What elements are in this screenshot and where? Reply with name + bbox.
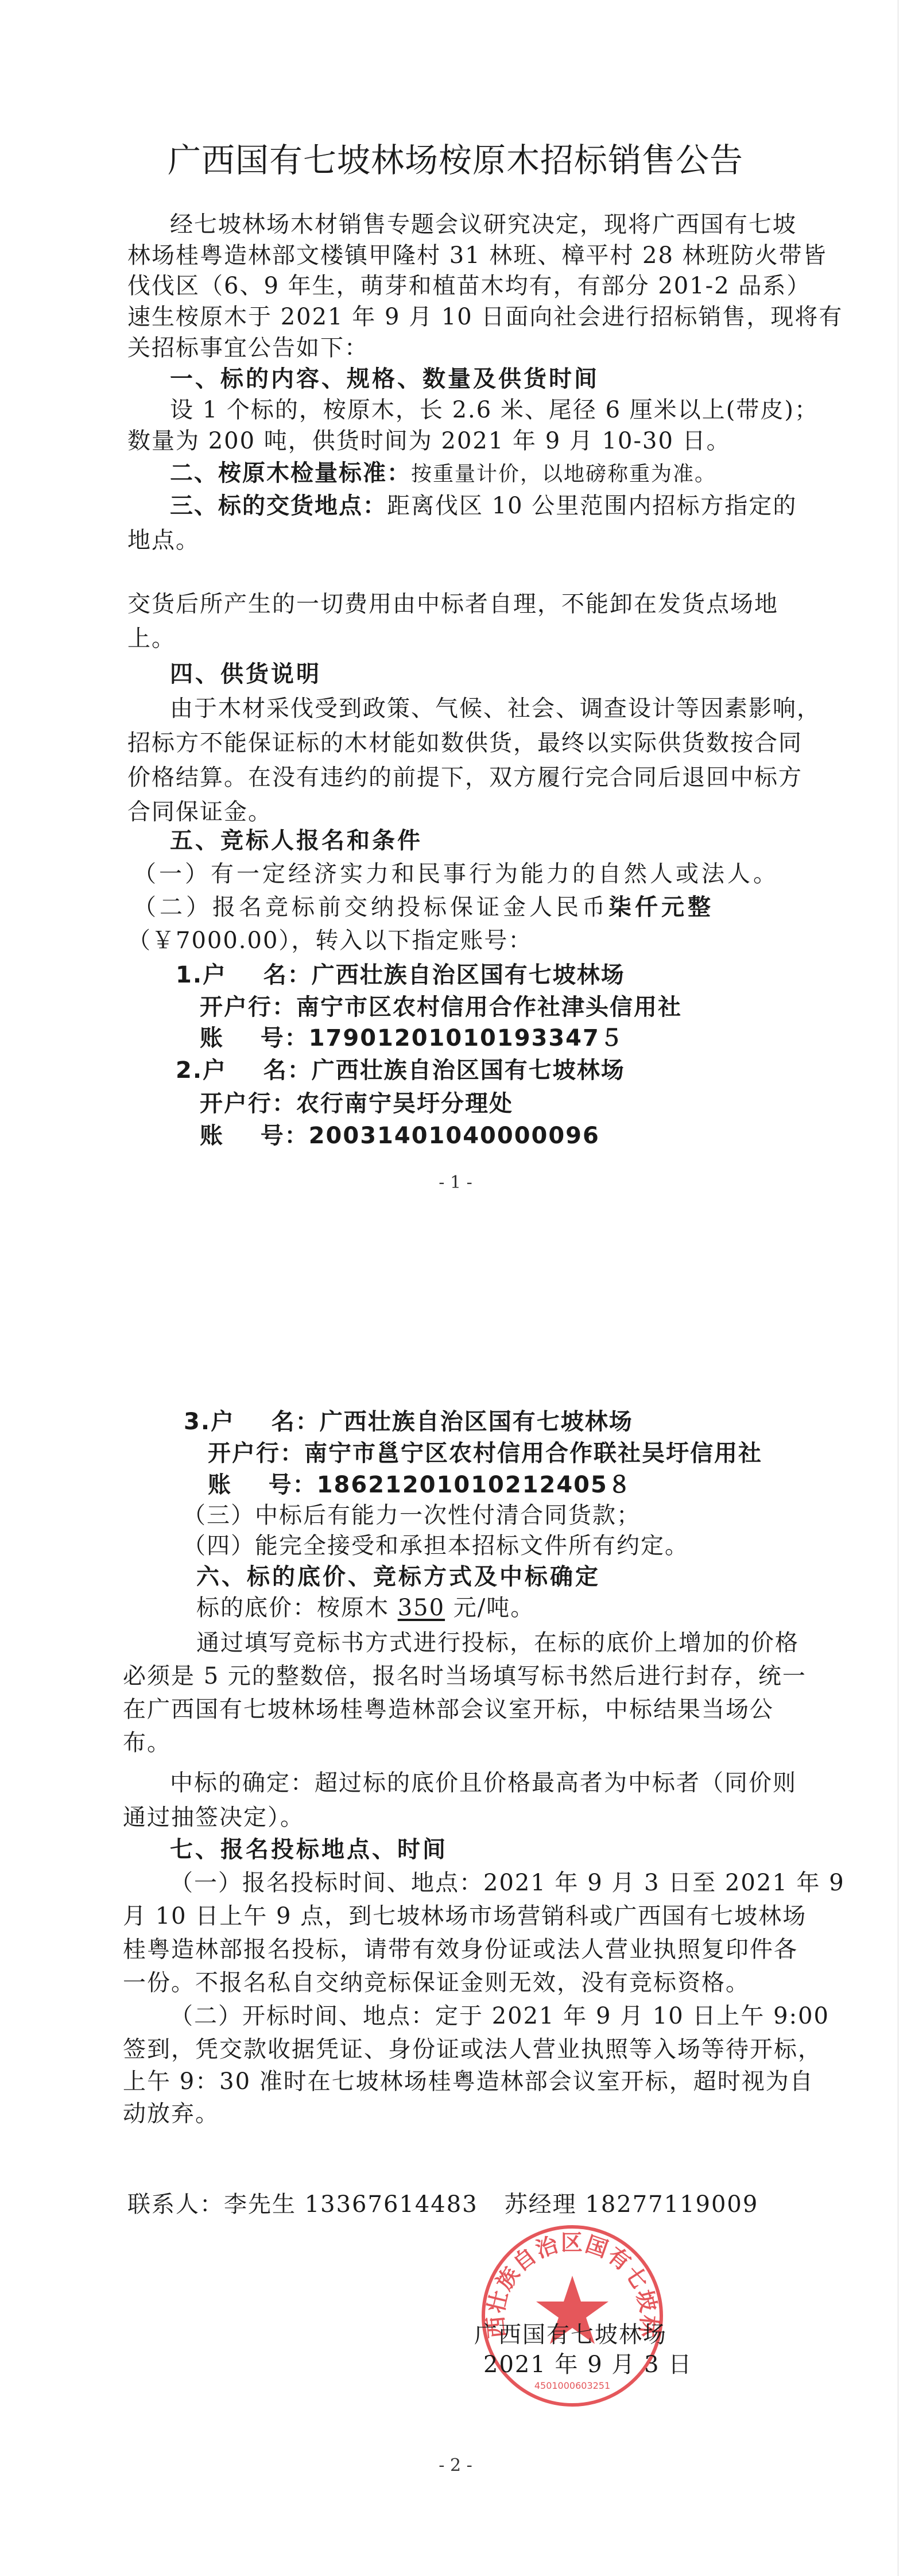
contacts: 联系人：李先生 13367614483苏经理 18277119009 bbox=[127, 2190, 758, 2219]
section-3-cont: 地点。 bbox=[127, 525, 200, 555]
account-name-label: 户 名： bbox=[203, 962, 312, 988]
section-2: 二、桉原木检量标准：按重量计价，以地磅称重为准。 bbox=[170, 458, 716, 489]
account-number-label: 3. bbox=[184, 1409, 211, 1435]
bank-label: 开户行： bbox=[200, 994, 296, 1020]
contacts-label: 联系人： bbox=[127, 2191, 224, 2218]
official-seal-icon: 广西壮族自治区国有七坡林场 4501000603251 bbox=[478, 2221, 667, 2411]
section-1-heading: 一、标的内容、规格、数量及供货时间 bbox=[170, 364, 599, 394]
acct-number: 20031401040000096 bbox=[309, 1123, 600, 1149]
base-price: 标的底价：桉原木 350 元/吨。 bbox=[196, 1593, 534, 1623]
contact-person-1: 李先生 13367614483 bbox=[224, 2191, 478, 2218]
section-7-item-1-line: 一份。不报名私自交纳竞标保证金则无效，没有竞标资格。 bbox=[123, 1968, 750, 1998]
section-2-text: 按重量计价，以地磅称重为准。 bbox=[411, 462, 716, 486]
intro-line: 关招标事宜公告如下： bbox=[127, 333, 369, 363]
bank-name: 南宁市邕宁区农村信用合作联社吴圩信用社 bbox=[304, 1440, 762, 1467]
section-3-heading: 三、标的交货地点： bbox=[170, 493, 387, 519]
signature-org: 广西国有七坡林场 bbox=[474, 2320, 667, 2349]
account-2-acct-row: 账 号：20031401040000096 bbox=[200, 1121, 600, 1151]
account-name-label: 户 名： bbox=[203, 1057, 312, 1084]
intro-line: 林场桂粤造林部文楼镇甲隆村 31 林班、樟平村 28 林班防火带皆 bbox=[127, 241, 827, 270]
account-1-acct-row: 账 号：17901201010193347５ bbox=[200, 1023, 624, 1053]
page-number: - 1 - bbox=[0, 1173, 911, 1193]
account-3-acct-row: 账 号：18621201010212405８ bbox=[208, 1470, 632, 1500]
seal-code: 4501000603251 bbox=[534, 2380, 610, 2391]
account-1-bank-row: 开户行：南宁市区农村信用合作社津头信用社 bbox=[200, 992, 682, 1022]
contact-person-2: 苏经理 18277119009 bbox=[505, 2191, 759, 2218]
section-1-line: 设 1 个标的，桉原木，长 2.6 米、尾径 6 厘米以上(带皮)； bbox=[170, 395, 819, 425]
section-5-item-2-text: （二）报名竞标前交纳投标保证金人民币 bbox=[133, 894, 608, 920]
account-number-label: 2. bbox=[176, 1057, 203, 1084]
acct-number: 18621201010212405８ bbox=[317, 1472, 632, 1498]
account-number-label: 1. bbox=[176, 962, 203, 988]
bidding-line: 布。 bbox=[123, 1728, 171, 1758]
section-4-line: 价格结算。在没有违约的前提下，双方履行完合同后退回中标方 bbox=[127, 763, 803, 792]
section-4-line: 由于木材采伐受到政策、气候、社会、调查设计等因素影响， bbox=[170, 694, 821, 724]
intro-line: 经七坡林场木材销售专题会议研究决定，现将广西国有七坡 bbox=[170, 210, 797, 239]
bank-label: 开户行： bbox=[200, 1090, 296, 1117]
section-5-heading: 五、竞标人报名和条件 bbox=[170, 826, 422, 856]
section-3: 三、标的交货地点：距离伐区 10 公里范围内招标方指定的 bbox=[170, 491, 797, 521]
signature-date: 2021 年 9 月 3 日 bbox=[483, 2350, 692, 2379]
section-6-heading: 六、标的底价、竞标方式及中标确定 bbox=[196, 1562, 600, 1592]
intro-line: 速生桉原木于 2021 年 9 月 10 日面向社会进行招标销售，现将有 bbox=[127, 302, 843, 332]
winner-line: 中标的确定：超过标的底价且价格最高者为中标者（同价则 bbox=[170, 1768, 797, 1798]
acct-number: 17901201010193347５ bbox=[309, 1025, 624, 1051]
section-5-item-4: （四）能完全接受和承担本招标文件所有约定。 bbox=[183, 1531, 689, 1561]
section-7-item-2-line: 签到，凭交款收据凭证、身份证或法人营业执照等入场等待开标， bbox=[123, 2035, 822, 2064]
page-edge bbox=[898, 1288, 898, 2576]
section-5-item-2-cont: （￥7000.00），转入以下指定账号： bbox=[127, 926, 532, 956]
section-3-note: 交货后所产生的一切费用由中标者自理，不能卸在发货点场地 bbox=[127, 589, 778, 619]
section-3-text: 距离伐区 10 公里范围内招标方指定的 bbox=[387, 493, 797, 519]
section-7-item-1-line: （一）报名投标时间、地点：2021 年 9 月 3 日至 2021 年 9 bbox=[170, 1868, 845, 1898]
bank-label: 开户行： bbox=[208, 1440, 304, 1467]
acct-label: 账 号： bbox=[200, 1025, 309, 1051]
bidding-line: 在广西国有七坡林场桂粤造林部会议室开标，中标结果当场公 bbox=[123, 1695, 774, 1724]
account-name: 广西壮族自治区国有七坡林场 bbox=[320, 1409, 633, 1435]
section-7-heading: 七、报名投标地点、时间 bbox=[170, 1835, 448, 1865]
document-title: 广西国有七坡林场桉原木招标销售公告 bbox=[0, 133, 911, 181]
section-7-item-1-line: 桂粤造林部报名投标，请带有效身份证或法人营业执照复印件各 bbox=[123, 1935, 798, 1964]
deposit-amount-words: 柒仟元整 bbox=[608, 894, 714, 920]
page-edge bbox=[898, 0, 898, 1288]
section-5-item-3: （三）中标后有能力一次性付清合同货款； bbox=[183, 1500, 641, 1530]
section-7-item-2-line: （二）开标时间、地点：定于 2021 年 9 月 10 日上午 9:00 bbox=[170, 2001, 829, 2031]
section-5-item-1: （一）有一定经济实力和民事行为能力的自然人或法人。 bbox=[133, 859, 779, 889]
account-3-name-row: 3.户 名：广西壮族自治区国有七坡林场 bbox=[184, 1407, 633, 1437]
base-price-unit: 元/吨。 bbox=[445, 1595, 534, 1621]
account-name: 广西壮族自治区国有七坡林场 bbox=[312, 1057, 625, 1084]
account-1-name-row: 1.户 名：广西壮族自治区国有七坡林场 bbox=[176, 960, 625, 990]
intro-line: 伐伐区（6、9 年生，萌芽和植苗木均有，有部分 201-2 品系） bbox=[127, 271, 811, 301]
section-4-heading: 四、供货说明 bbox=[170, 659, 321, 689]
section-3-note-cont: 上。 bbox=[127, 624, 176, 653]
section-7-item-2-line: 动放弃。 bbox=[123, 2099, 219, 2129]
page-number: - 2 - bbox=[0, 2455, 911, 2476]
section-7-item-1-line: 月 10 日上午 9 点，到七坡林场市场营销科或广西国有七坡林场 bbox=[123, 1901, 807, 1931]
page-1: 广西国有七坡林场桉原木招标销售公告 经七坡林场木材销售专题会议研究决定，现将广西… bbox=[0, 0, 911, 1288]
section-2-heading: 二、桉原木检量标准： bbox=[170, 460, 411, 486]
base-price-label: 标的底价：桉原木 bbox=[196, 1595, 398, 1621]
section-5-item-2: （二）报名竞标前交纳投标保证金人民币柒仟元整 bbox=[133, 892, 714, 922]
section-4-line: 招标方不能保证标的木材能如数供货，最终以实际供货数按合同 bbox=[127, 728, 803, 758]
bidding-line: 通过填写竞标书方式进行投标，在标的底价上增加的价格 bbox=[196, 1628, 799, 1658]
bank-name: 南宁市区农村信用合作社津头信用社 bbox=[296, 994, 682, 1020]
bidding-line: 必须是 5 元的整数倍，报名时当场填写标书然后进行封存，统一 bbox=[123, 1661, 807, 1691]
acct-label: 账 号： bbox=[200, 1123, 309, 1149]
acct-label: 账 号： bbox=[208, 1472, 317, 1498]
winner-line: 通过抽签决定）。 bbox=[123, 1803, 304, 1832]
page-2: 3.户 名：广西壮族自治区国有七坡林场 开户行：南宁市邕宁区农村信用合作联社吴圩… bbox=[0, 1288, 911, 2576]
account-2-bank-row: 开户行：农行南宁吴圩分理处 bbox=[200, 1089, 513, 1119]
section-1-line: 数量为 200 吨，供货时间为 2021 年 9 月 10-30 日。 bbox=[127, 426, 731, 456]
section-7-item-2-line: 上午 9：30 准时在七坡林场桂粤造林部会议室开标，超时视为自 bbox=[123, 2067, 814, 2097]
section-4-line: 合同保证金。 bbox=[127, 797, 272, 827]
account-3-bank-row: 开户行：南宁市邕宁区农村信用合作联社吴圩信用社 bbox=[208, 1438, 762, 1468]
bank-name: 农行南宁吴圩分理处 bbox=[296, 1090, 513, 1117]
base-price-value: 350 bbox=[398, 1595, 445, 1621]
account-name-label: 户 名： bbox=[211, 1409, 320, 1435]
account-2-name-row: 2.户 名：广西壮族自治区国有七坡林场 bbox=[176, 1055, 625, 1085]
account-name: 广西壮族自治区国有七坡林场 bbox=[312, 962, 625, 988]
